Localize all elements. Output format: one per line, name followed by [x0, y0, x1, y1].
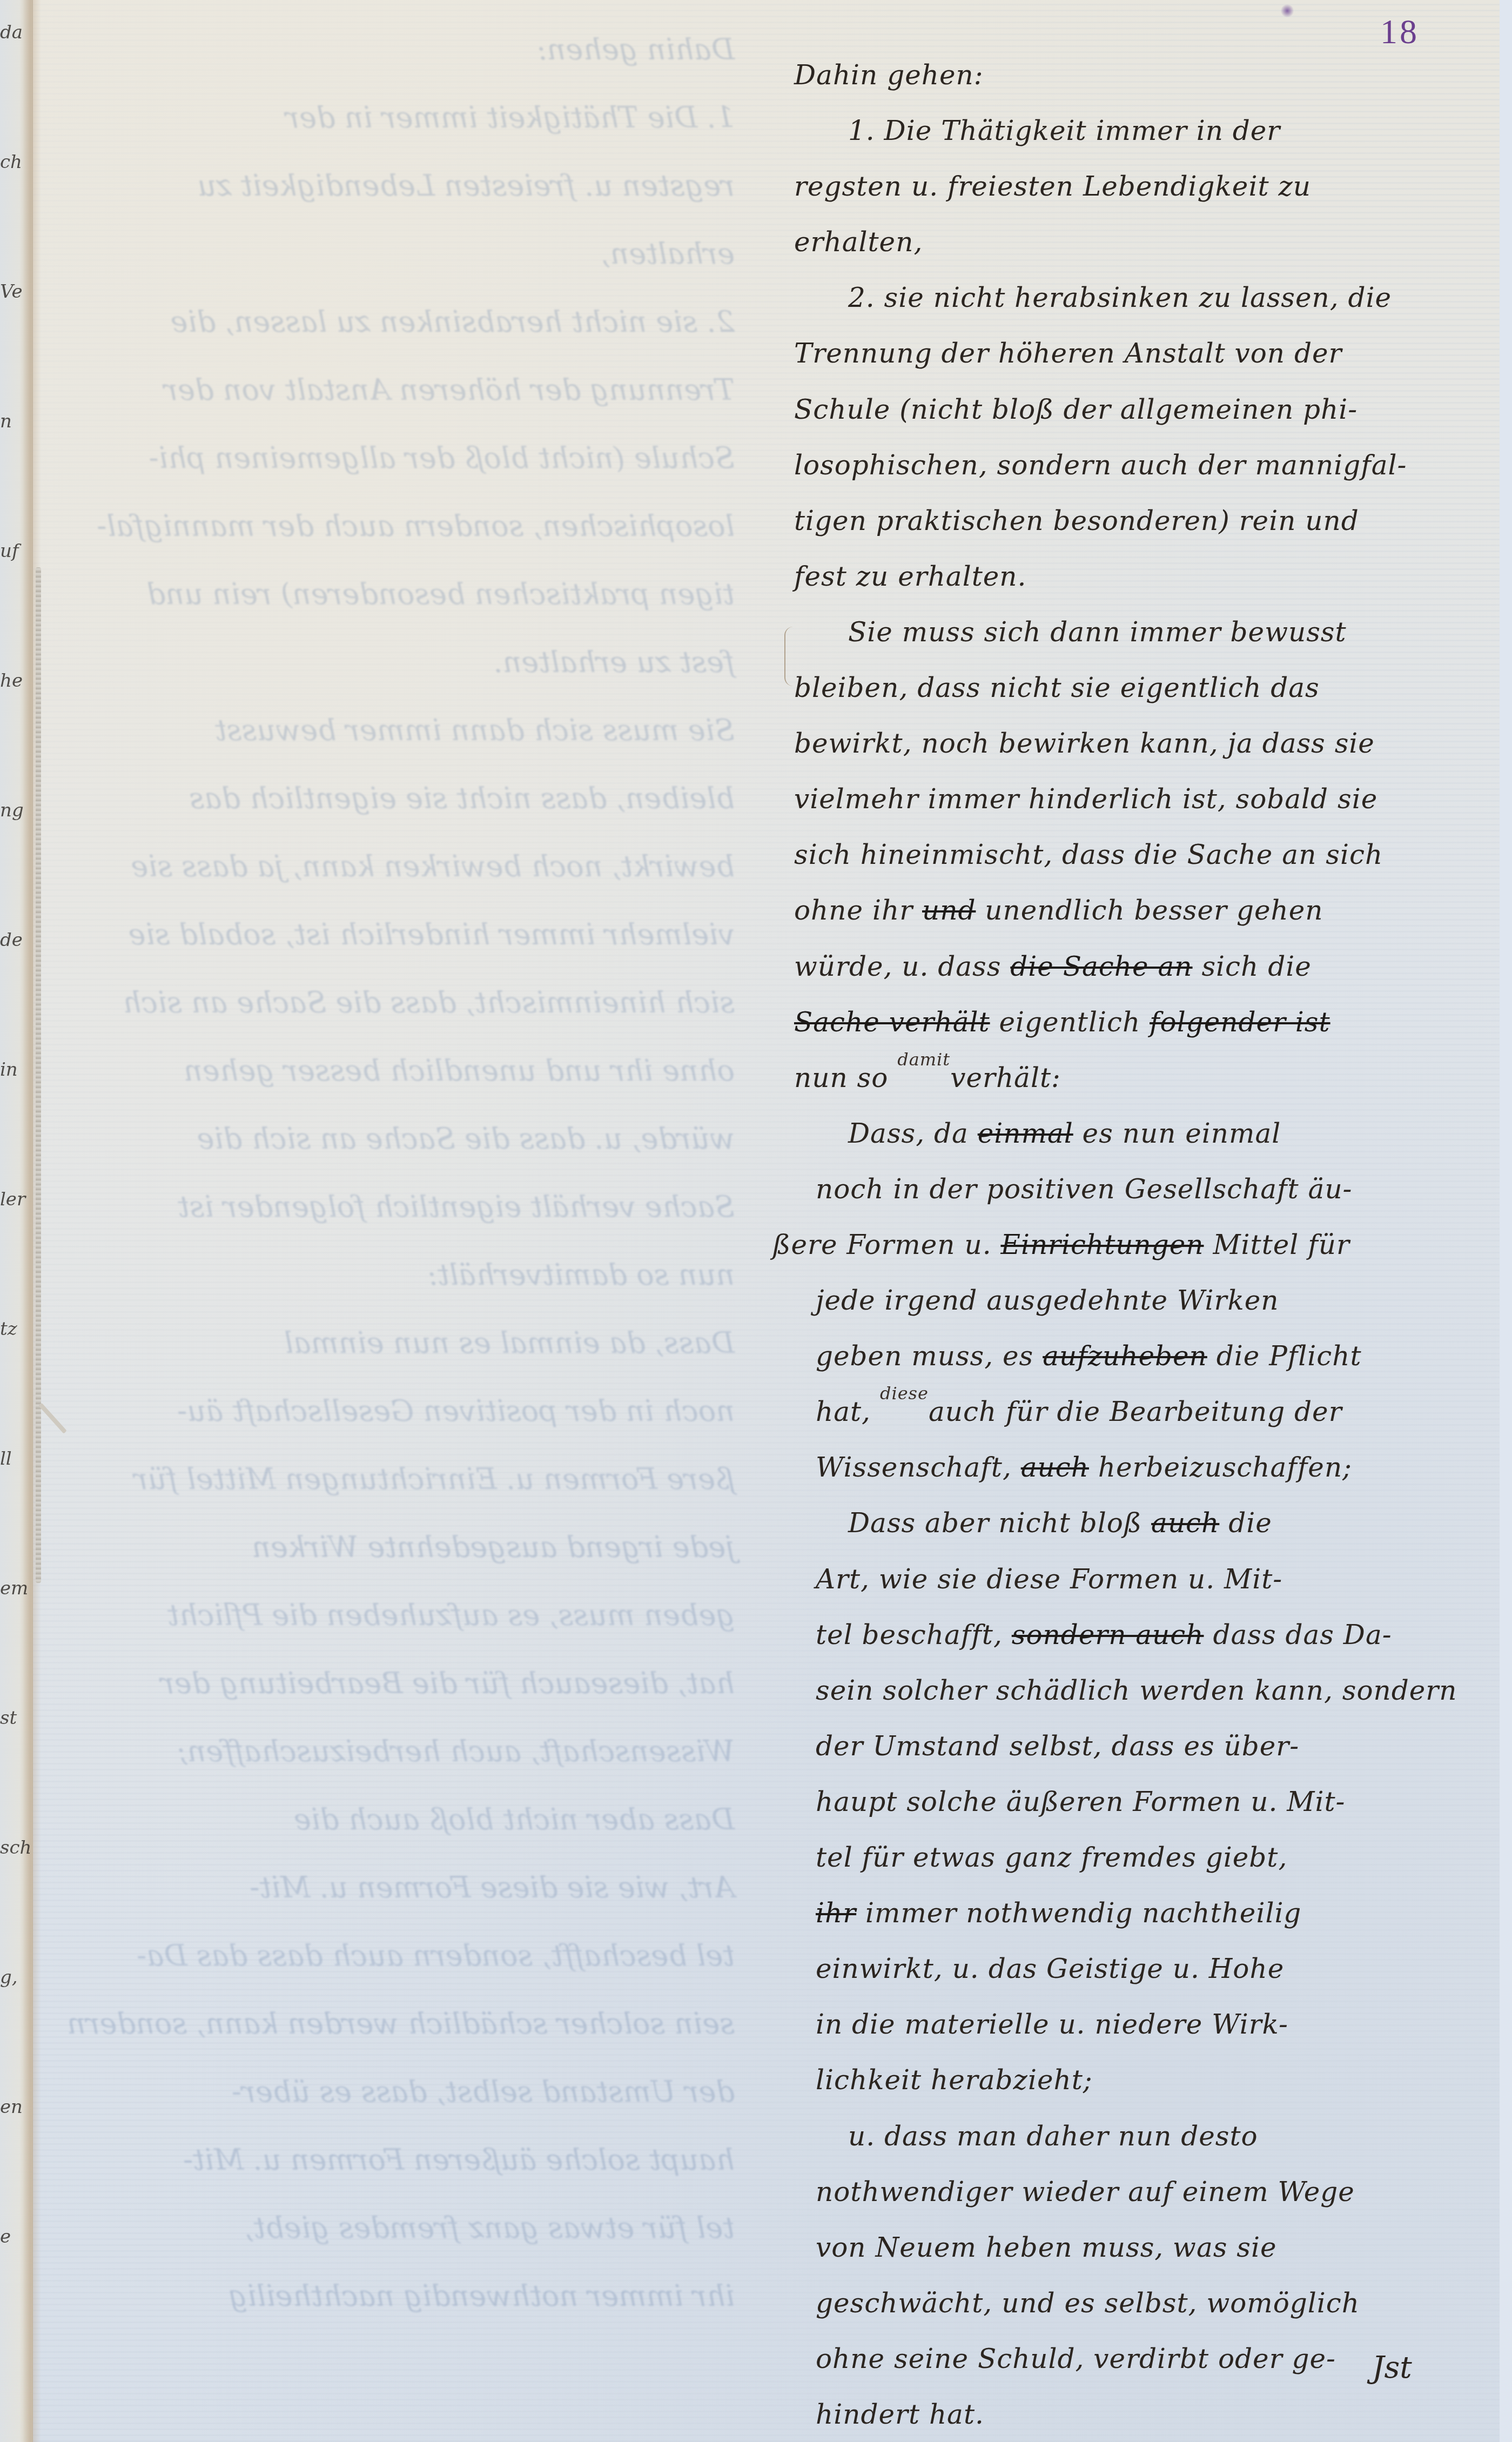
adjacent-page-fragment: da: [0, 22, 30, 43]
manuscript-line: lichkeit herabzieht;: [816, 2064, 1093, 2096]
manuscript-line: tel für etwas ganz fremdes giebt,: [816, 1842, 1287, 1873]
adjacent-page-fragment: uf: [0, 540, 30, 562]
manuscript-text: Trennung der höheren Anstalt von der: [794, 338, 1342, 369]
manuscript-text: 2. sie nicht herabsinken zu lassen, die: [848, 282, 1392, 313]
adjacent-page-fragment: en: [0, 2096, 30, 2118]
adjacent-page-fragment: tz: [0, 1318, 30, 1340]
manuscript-text: losophischen, sondern auch der mannigfal…: [794, 450, 1407, 481]
bleed-through-line: Dass, da einmal es nun einmal: [59, 1326, 735, 1394]
struck-through-word: Einrichtungen: [1000, 1229, 1204, 1260]
bleed-through-line: tigen praktischen besonderen) rein und: [59, 577, 735, 645]
bleed-through-line: Dass aber nicht bloß auch die: [59, 1802, 735, 1870]
interlinear-insertion: damit: [897, 1049, 950, 1070]
manuscript-text: jede irgend ausgedehnte Wirken: [816, 1285, 1279, 1316]
adjacent-page-fragment: he: [0, 670, 30, 692]
manuscript-line: Dass aber nicht bloß auch die: [848, 1507, 1272, 1539]
bleed-through-line: noch in der positiven Gesellschaft äu-: [59, 1394, 735, 1462]
bleed-through-line: Sie muss sich dann immer bewusst: [59, 713, 735, 781]
struck-through-word: Sache verhält: [794, 1007, 990, 1038]
manuscript-line: ohne ihr und unendlich besser gehen: [794, 895, 1323, 926]
adjacent-page-fragment: ll: [0, 1448, 30, 1470]
adjacent-page-fragment: ch: [0, 151, 30, 173]
bleed-through-line: Wissenschaft, auch herbeizuschaffen;: [59, 1734, 735, 1802]
manuscript-line: der Umstand selbst, dass es über-: [816, 1730, 1299, 1762]
bleed-through-line: tel für etwas ganz fremdes giebt,: [59, 2211, 735, 2279]
manuscript-line: bleiben, dass nicht sie eigentlich das: [794, 672, 1320, 703]
manuscript-text: geben muss, es: [816, 1340, 1043, 1372]
bleed-through-line: regsten u. freiesten Lebendigkeit zu: [59, 169, 735, 237]
manuscript-text: nothwendiger wieder auf einem Wege: [816, 2176, 1355, 2208]
manuscript-text: Schule (nicht bloß der allgemeinen phi-: [794, 394, 1358, 425]
manuscript-line: Sache verhält eigentlich folgender ist: [794, 1007, 1330, 1038]
adjacent-page-fragment: g,: [0, 1967, 30, 1988]
struck-through-word: auch: [1021, 1452, 1089, 1483]
manuscript-line: bewirkt, noch bewirken kann, ja dass sie: [794, 728, 1375, 759]
manuscript-text: sein solcher schädlich werden kann, sond…: [816, 1675, 1457, 1706]
manuscript-text: vielmehr immer hinderlich ist, sobald si…: [794, 783, 1377, 815]
struck-through-word: aufzuheben: [1043, 1340, 1207, 1372]
manuscript-text-column: Dahin gehen:1. Die Thätigkeit immer in d…: [789, 0, 1491, 2442]
adjacent-page-fragment: ler: [0, 1189, 30, 1210]
manuscript-line: vielmehr immer hinderlich ist, sobald si…: [794, 783, 1377, 815]
manuscript-line: jede irgend ausgedehnte Wirken: [816, 1285, 1279, 1316]
manuscript-text: Dahin gehen:: [794, 59, 984, 91]
adjacent-page-fragment: em: [0, 1578, 30, 1599]
bleed-through-line: sich hineinmischt, dass die Sache an sic…: [59, 985, 735, 1054]
bleed-through-line: bleiben, dass nicht sie eigentlich das: [59, 781, 735, 849]
bleed-through-line: bewirkt, noch bewirken kann, ja dass sie: [59, 849, 735, 917]
manuscript-text: sich die: [1193, 951, 1312, 982]
manuscript-text: geschwächt, und es selbst, womöglich: [816, 2287, 1360, 2319]
manuscript-line: geschwächt, und es selbst, womöglich: [816, 2287, 1360, 2319]
bleed-through-line: Dahin gehen:: [59, 32, 735, 100]
manuscript-text: der Umstand selbst, dass es über-: [816, 1730, 1299, 1762]
manuscript-text: regsten u. freiesten Lebendigkeit zu: [794, 171, 1311, 202]
manuscript-line: hindert hat.: [816, 2399, 984, 2430]
manuscript-line: Dahin gehen:: [794, 59, 984, 91]
manuscript-line: Sie muss sich dann immer bewusst: [848, 616, 1347, 648]
interlinear-insertion: diese: [880, 1383, 929, 1404]
manuscript-text: ohne seine Schuld, verdirbt oder ge-: [816, 2343, 1336, 2374]
bleed-through-line: geben muss, es aufzuheben die Pflicht: [59, 1598, 735, 1666]
manuscript-line: einwirkt, u. das Geistige u. Hohe: [816, 1953, 1284, 1984]
binding-thread: [36, 567, 41, 1583]
adjacent-page-fragment: sch: [0, 1837, 30, 1859]
bleed-through-line: 2. sie nicht herabsinken zu lassen, die: [59, 305, 735, 373]
manuscript-text: immer nothwendig nachtheilig: [856, 1897, 1301, 1929]
manuscript-text: noch in der positiven Gesellschaft äu-: [816, 1173, 1353, 1205]
bleed-through-line: ßere Formen u. Einrichtungen Mittel für: [59, 1462, 735, 1530]
manuscript-line: Trennung der höheren Anstalt von der: [794, 338, 1342, 369]
manuscript-text: die: [1219, 1507, 1272, 1539]
bleed-through-text: Dahin gehen:1. Die Thätigkeit immer in d…: [59, 32, 735, 2356]
bleed-through-line: losophischen, sondern auch der mannigfal…: [59, 509, 735, 577]
manuscript-text: die Pflicht: [1207, 1340, 1362, 1372]
manuscript-line: u. dass man daher nun desto: [848, 2121, 1258, 2152]
adjacent-page-fragment: ng: [0, 800, 30, 821]
manuscript-text: würde, u. dass: [794, 951, 1010, 982]
manuscript-line: 1. Die Thätigkeit immer in der: [848, 115, 1280, 146]
manuscript-text: ohne ihr: [794, 895, 922, 926]
struck-through-word: folgender ist: [1150, 1007, 1330, 1038]
manuscript-line: nothwendiger wieder auf einem Wege: [816, 2176, 1355, 2208]
manuscript-line: haupt solche äußeren Formen u. Mit-: [816, 1786, 1345, 1817]
bleed-through-line: hat, dieseauch für die Bearbeitung der: [59, 1666, 735, 1734]
manuscript-text: dass das Da-: [1204, 1619, 1392, 1651]
manuscript-text: u. dass man daher nun desto: [848, 2121, 1258, 2152]
manuscript-line: regsten u. freiesten Lebendigkeit zu: [794, 171, 1311, 202]
adjacent-page-fragment: st: [0, 1707, 30, 1729]
manuscript-line: erhalten,: [794, 226, 923, 258]
manuscript-line: Dass, da einmal es nun einmal: [848, 1118, 1281, 1149]
manuscript-line: Wissenschaft, auch herbeizuschaffen;: [816, 1452, 1352, 1483]
manuscript-line: ßere Formen u. Einrichtungen Mittel für: [772, 1229, 1350, 1260]
manuscript-line: ihr immer nothwendig nachtheilig: [816, 1897, 1301, 1929]
bleed-through-line: ohne ihr und unendlich besser gehen: [59, 1054, 735, 1122]
manuscript-text: erhalten,: [794, 226, 923, 258]
bleed-through-line: Schule (nicht bloß der allgemeinen phi-: [59, 441, 735, 509]
manuscript-text: sich hineinmischt, dass die Sache an sic…: [794, 839, 1383, 870]
manuscript-text: lichkeit herabzieht;: [816, 2064, 1093, 2096]
manuscript-line: geben muss, es aufzuheben die Pflicht: [816, 1340, 1362, 1372]
bleed-through-line: Trennung der höheren Anstalt von der: [59, 373, 735, 441]
bleed-through-line: vielmehr immer hinderlich ist, sobald si…: [59, 917, 735, 985]
bleed-through-line: jede irgend ausgedehnte Wirken: [59, 1530, 735, 1598]
struck-through-word: die Sache an: [1010, 951, 1192, 982]
bleed-through-line: nun so damitverhält:: [59, 1258, 735, 1326]
manuscript-text: nun so: [794, 1062, 897, 1093]
struck-through-word: einmal: [978, 1118, 1073, 1149]
manuscript-text: 1. Die Thätigkeit immer in der: [848, 115, 1280, 146]
manuscript-line: nun so damitverhält:: [794, 1062, 1061, 1093]
manuscript-sheet: dachVenufhengdeinlertzllemstschg,ene Dah…: [0, 0, 1500, 2442]
manuscript-line: Schule (nicht bloß der allgemeinen phi-: [794, 394, 1358, 425]
manuscript-text: bleiben, dass nicht sie eigentlich das: [794, 672, 1320, 703]
manuscript-line: noch in der positiven Gesellschaft äu-: [816, 1173, 1353, 1205]
manuscript-line: tel beschafft, sondern auch dass das Da-: [816, 1619, 1392, 1651]
bleed-through-line: tel beschafft, sondern auch dass das Da-: [59, 1938, 735, 2007]
manuscript-line: in die materielle u. niedere Wirk-: [816, 2009, 1288, 2040]
manuscript-text: Dass aber nicht bloß: [848, 1507, 1151, 1539]
manuscript-line: sein solcher schädlich werden kann, sond…: [816, 1675, 1457, 1706]
manuscript-text: eigentlich: [990, 1007, 1150, 1038]
manuscript-line: Art, wie sie diese Formen u. Mit-: [816, 1564, 1282, 1595]
manuscript-text: von Neuem heben muss, was sie: [816, 2232, 1277, 2263]
adjacent-page-fragment: e: [0, 2226, 30, 2248]
struck-through-word: auch: [1151, 1507, 1219, 1539]
manuscript-line: von Neuem heben muss, was sie: [816, 2232, 1277, 2263]
manuscript-line: 2. sie nicht herabsinken zu lassen, die: [848, 282, 1392, 313]
manuscript-line: sich hineinmischt, dass die Sache an sic…: [794, 839, 1383, 870]
manuscript-text: tel für etwas ganz fremdes giebt,: [816, 1842, 1287, 1873]
manuscript-text: fest zu erhalten.: [794, 561, 1026, 592]
manuscript-line: würde, u. dass die Sache an sich die: [794, 951, 1312, 982]
manuscript-text: Dass, da: [848, 1118, 978, 1149]
manuscript-text: Mittel für: [1204, 1229, 1350, 1260]
bleed-through-line: der Umstand selbst, dass es über-: [59, 2075, 735, 2143]
manuscript-text: hat,: [816, 1396, 880, 1427]
bleed-through-line: fest zu erhalten.: [59, 645, 735, 713]
adjacent-page-fragment: Ve: [0, 281, 30, 303]
adjacent-page-fragment: n: [0, 411, 30, 432]
manuscript-text: es nun einmal: [1073, 1118, 1281, 1149]
bleed-through-line: 1. Die Thätigkeit immer in der: [59, 100, 735, 169]
manuscript-text: tigen praktischen besonderen) rein und: [794, 505, 1359, 536]
manuscript-line: ohne seine Schuld, verdirbt oder ge-: [816, 2343, 1336, 2374]
manuscript-line: fest zu erhalten.: [794, 561, 1026, 592]
manuscript-text: einwirkt, u. das Geistige u. Hohe: [816, 1953, 1284, 1984]
manuscript-text: bewirkt, noch bewirken kann, ja dass sie: [794, 728, 1375, 759]
manuscript-text: Sie muss sich dann immer bewusst: [848, 616, 1347, 648]
manuscript-text: hindert hat.: [816, 2399, 984, 2430]
struck-through-word: und: [922, 895, 976, 926]
adjacent-page-fragment: in: [0, 1059, 30, 1081]
bleed-through-line: Art, wie sie diese Formen u. Mit-: [59, 1870, 735, 1938]
manuscript-text: in die materielle u. niedere Wirk-: [816, 2009, 1288, 2040]
manuscript-line: tigen praktischen besonderen) rein und: [794, 505, 1359, 536]
manuscript-text: herbeizuschaffen;: [1089, 1452, 1352, 1483]
manuscript-line: losophischen, sondern auch der mannigfal…: [794, 450, 1407, 481]
manuscript-text: ßere Formen u.: [772, 1229, 1000, 1260]
manuscript-text: Art, wie sie diese Formen u. Mit-: [816, 1564, 1282, 1595]
bleed-through-line: würde, u. dass die Sache an sich die: [59, 1122, 735, 1190]
bleed-through-line: Sache verhält eigentlich folgender ist: [59, 1190, 735, 1258]
bleed-through-line: haupt solche äußeren Formen u. Mit-: [59, 2143, 735, 2211]
manuscript-text: verhält:: [950, 1062, 1061, 1093]
bleed-through-line: sein solcher schädlich werden kann, sond…: [59, 2007, 735, 2075]
struck-through-word: ihr: [816, 1897, 856, 1929]
manuscript-text: tel beschafft,: [816, 1619, 1012, 1651]
bleed-through-line: erhalten,: [59, 237, 735, 305]
bleed-through-line: ihr immer nothwendig nachtheilig: [59, 2279, 735, 2347]
manuscript-text: Wissenschaft,: [816, 1452, 1021, 1483]
manuscript-text: auch für die Bearbeitung der: [929, 1396, 1342, 1427]
struck-through-word: sondern auch: [1012, 1619, 1204, 1651]
catchword: Jst: [1372, 2350, 1412, 2385]
adjacent-page-fragment: de: [0, 929, 30, 951]
manuscript-text: unendlich besser gehen: [976, 895, 1323, 926]
manuscript-text: haupt solche äußeren Formen u. Mit-: [816, 1786, 1345, 1817]
manuscript-line: hat, dieseauch für die Bearbeitung der: [816, 1396, 1342, 1427]
